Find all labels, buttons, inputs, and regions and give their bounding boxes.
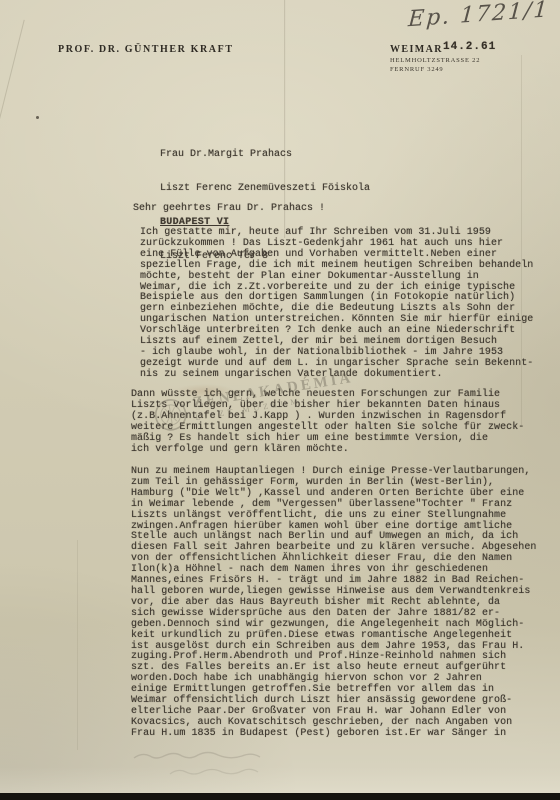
letterhead-street: HELMHOLTZSTRASSE 22 xyxy=(390,57,480,64)
paper-bottom-edge xyxy=(0,767,560,793)
archive-number-handwritten: Ep. 1721/1 xyxy=(407,0,558,32)
paragraph-1: Ich gestatte mir, heute auf Ihr Schreibe… xyxy=(140,228,533,381)
recipient-name: Frau Dr.Margit Prahacs xyxy=(160,149,370,160)
letter-page: Ep. 1721/1 PROF. DR. GÜNTHER KRAFT WEIMA… xyxy=(0,0,560,800)
paper-crease-corner xyxy=(0,20,25,146)
letterhead-address-block: WEIMAR 14.2.61 HELMHOLTZSTRASSE 22 FERNR… xyxy=(390,44,480,73)
recipient-institution: Liszt Ferenc Zenemüveszeti Föiskola xyxy=(160,183,370,194)
salutation: Sehr geehrtes Frau Dr. Prahacs ! xyxy=(133,203,325,214)
paragraph-2: Dann wüsste ich gern, welche neuesten Fo… xyxy=(131,390,524,455)
letter-date: 14.2.61 xyxy=(443,41,496,53)
scan-edge-bar xyxy=(0,793,560,800)
paragraph-3: Nun zu meinem Hauptanliegen ! Durch eini… xyxy=(131,467,536,740)
paper-crease-vertical-left xyxy=(77,540,78,750)
letterhead-phone: FERNRUF 3249 xyxy=(390,66,480,73)
letterhead-sender-name: PROF. DR. GÜNTHER KRAFT xyxy=(58,44,234,55)
ink-speck xyxy=(36,116,39,119)
